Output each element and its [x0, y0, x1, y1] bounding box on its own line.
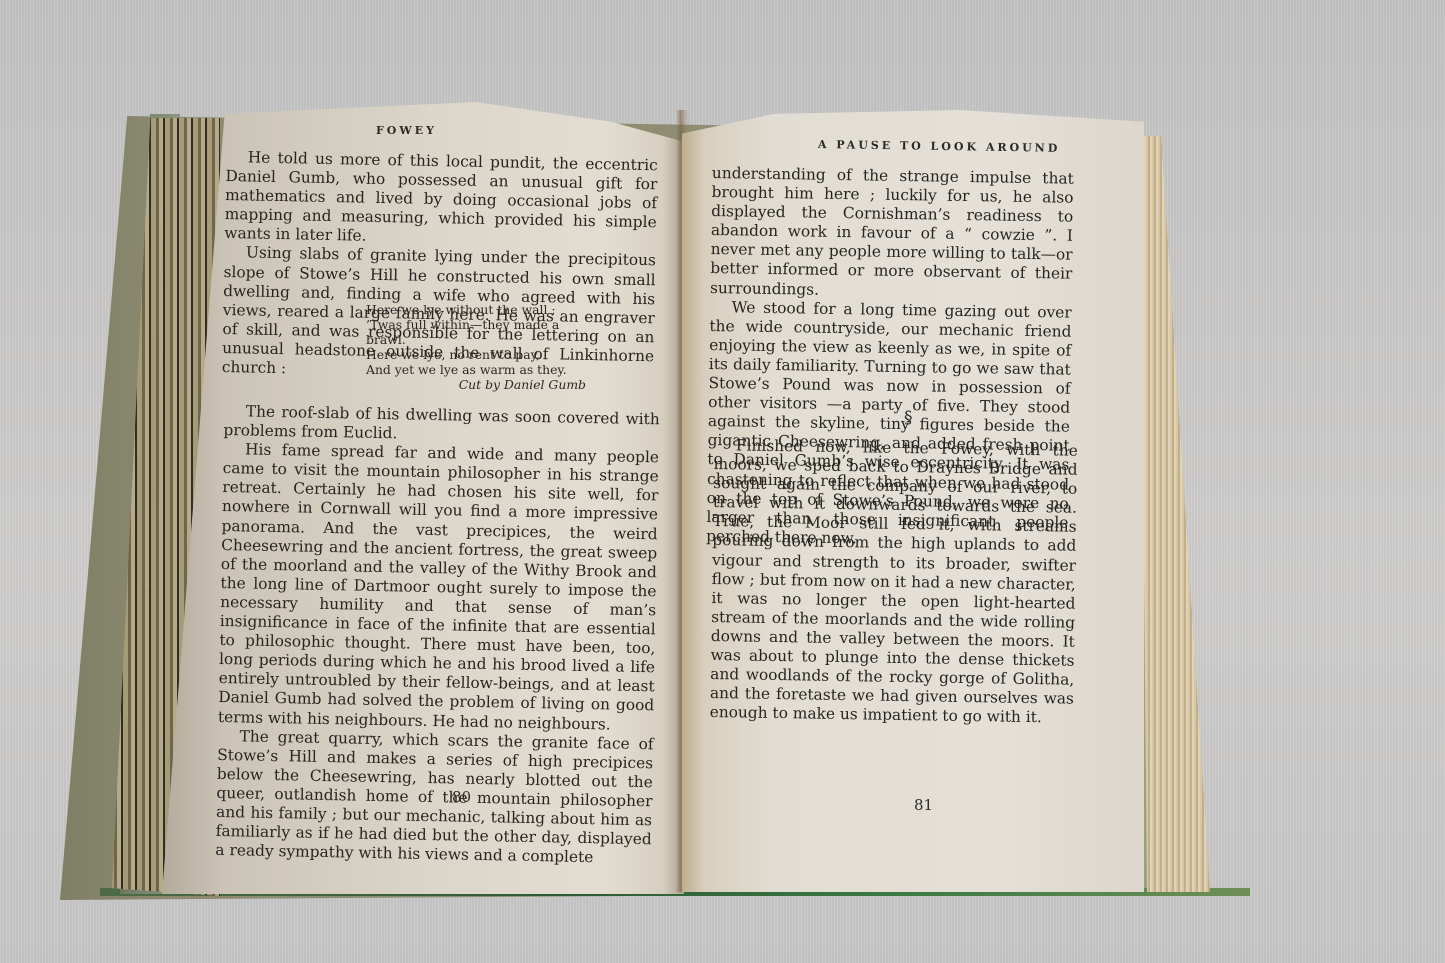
- right-page: A PAUSE TO LOOK AROUND understanding of …: [682, 110, 1144, 892]
- epitaph-verse: Here we lye without the wall ; ’Twas ful…: [366, 302, 598, 392]
- page-number-right: 81: [914, 796, 933, 814]
- verse-attribution: Cut by Daniel Gumb: [366, 377, 598, 392]
- right-body-bottom: Finished now, like the Fowey, with the m…: [710, 436, 1078, 728]
- section-mark: §: [904, 408, 913, 428]
- verse-line: Here we lye without the wall ;: [366, 302, 598, 317]
- paragraph: He told us more of this local pundit, th…: [224, 148, 658, 252]
- left-body-bottom: The roof-slab of his dwelling was soon c…: [215, 402, 660, 869]
- left-page: FOWEY He told us more of this local pund…: [162, 102, 684, 894]
- paragraph: understanding of the strange impulse tha…: [710, 164, 1074, 303]
- paragraph: His fame spread far and wide and many pe…: [218, 440, 659, 735]
- right-page-edges: [1140, 136, 1210, 892]
- verse-line: Here we lye, no rent to pay,: [366, 347, 598, 362]
- paragraph: Finished now, like the Fowey, with the m…: [710, 436, 1078, 728]
- running-head-left: FOWEY: [376, 124, 437, 137]
- paragraph: The great quarry, which scars the granit…: [215, 727, 653, 869]
- running-head-right: A PAUSE TO LOOK AROUND: [818, 138, 1061, 155]
- photo-scene: FOWEY He told us more of this local pund…: [0, 0, 1445, 963]
- page-number-left: 80: [452, 788, 471, 806]
- verse-line: And yet we lye as warm as they.: [366, 362, 598, 377]
- verse-line: ’Twas full within—they made a brawl.: [366, 317, 598, 347]
